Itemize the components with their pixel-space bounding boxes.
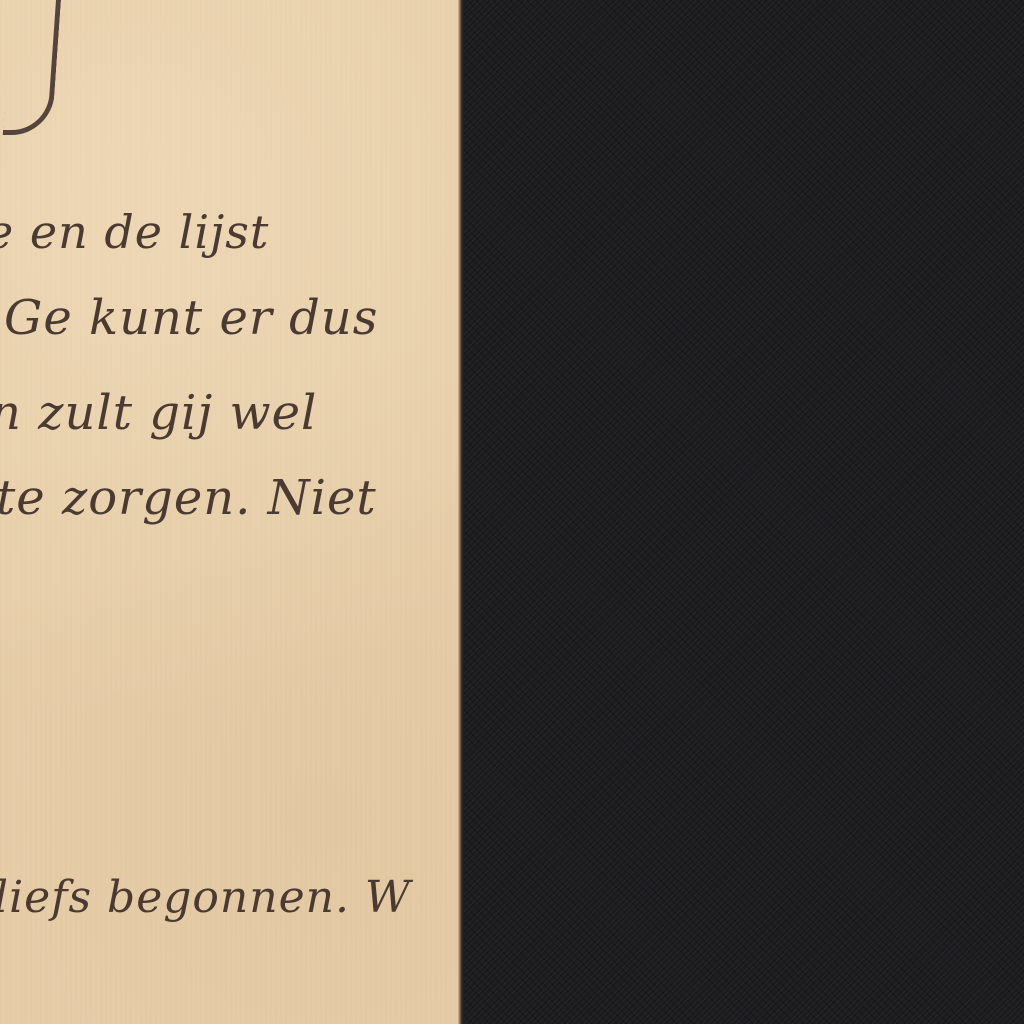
letter-paper: e en de lijst Ge kunt er dus n zult gij … [0, 0, 460, 1024]
handwritten-line-2: Ge kunt er dus [4, 290, 378, 346]
handwritten-line-4: te zorgen. Niet [0, 470, 377, 526]
handwritten-line-5: liefs begonnen. W [0, 872, 411, 923]
dark-fabric-background [464, 0, 1024, 1024]
handwritten-line-3: n zult gij wel [0, 385, 317, 441]
handwritten-flourish [3, 0, 63, 135]
paper-edge [458, 0, 464, 1024]
handwritten-line-1: e en de lijst [0, 205, 269, 259]
